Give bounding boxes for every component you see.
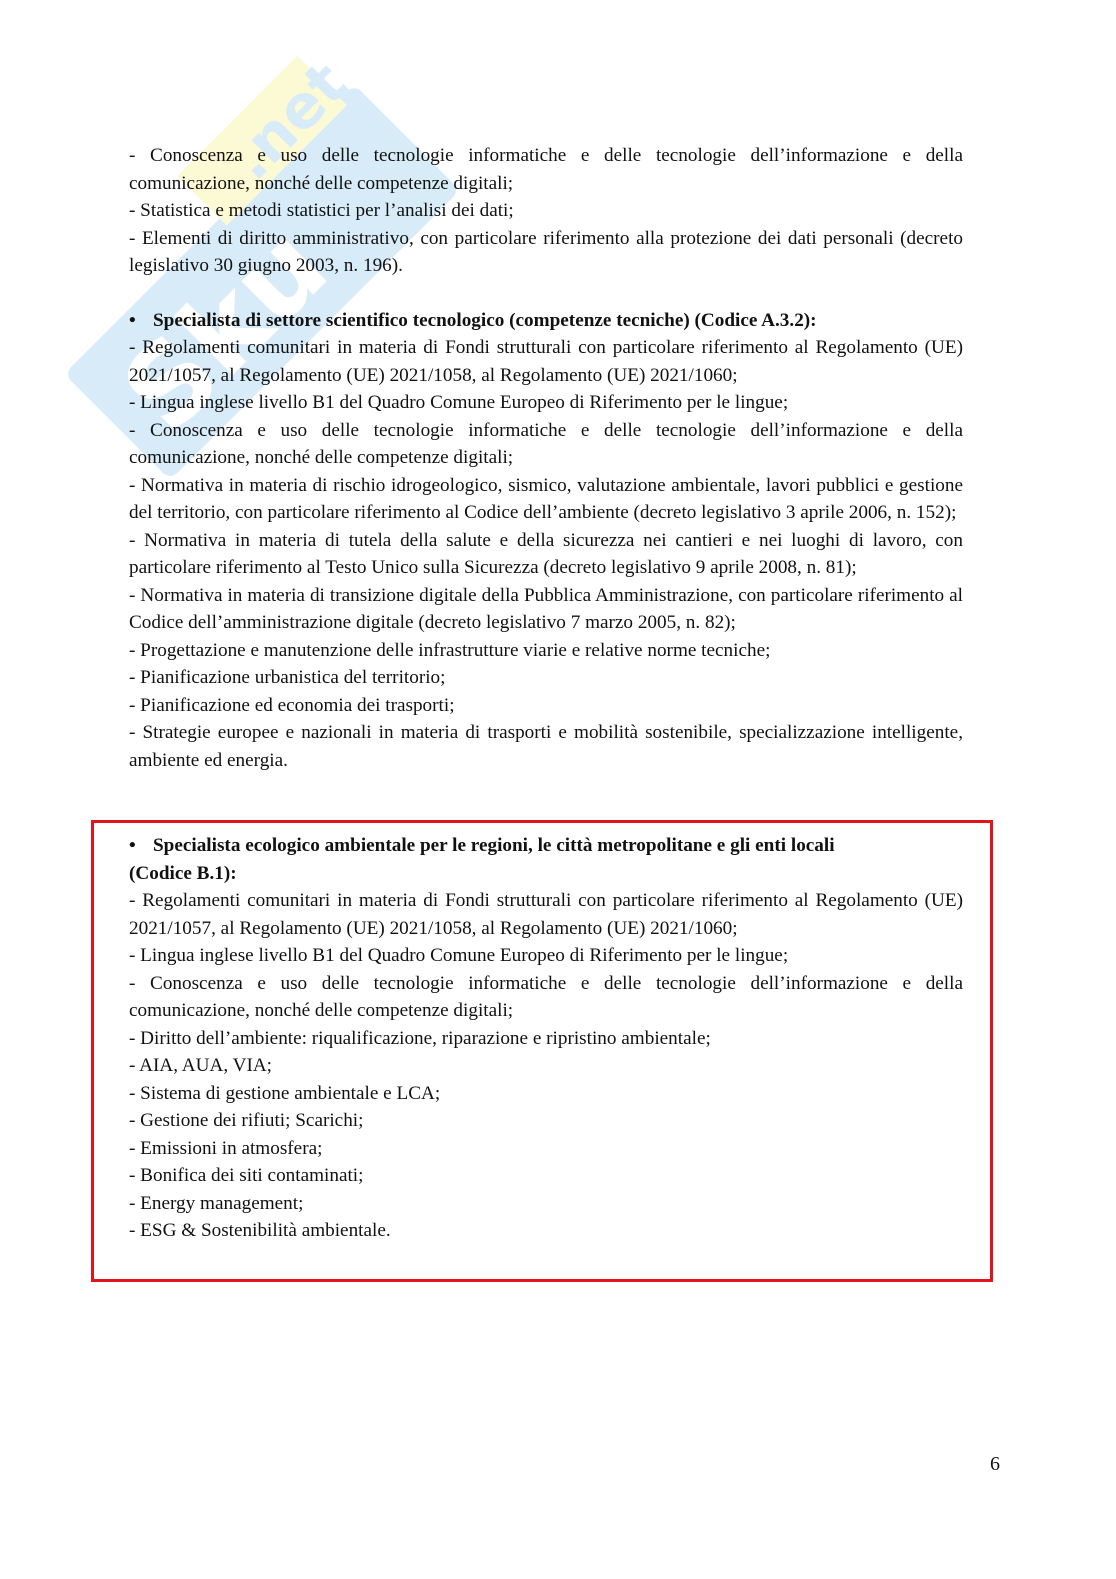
page-number: 6 [990, 1453, 1000, 1476]
list-item: - Diritto dell’ambiente: riqualificazion… [129, 1025, 963, 1053]
list-item: - Bonifica dei siti contaminati; [129, 1162, 963, 1190]
list-item: - Lingua inglese livello B1 del Quadro C… [129, 389, 963, 417]
bullet-icon: • [129, 832, 153, 860]
list-item: - Elementi di diritto amministrativo, co… [129, 225, 963, 280]
section-a31-tail: - Conoscenza e uso delle tecnologie info… [129, 142, 963, 280]
list-item: - Normativa in materia di transizione di… [129, 582, 963, 637]
list-item: - Statistica e metodi statistici per l’a… [129, 197, 963, 225]
bullet-icon: • [129, 307, 153, 335]
list-item: - Pianificazione urbanistica del territo… [129, 664, 963, 692]
section-b1-list: - Regolamenti comunitari in materia di F… [129, 887, 963, 1245]
list-item: - AIA, AUA, VIA; [129, 1052, 963, 1080]
section-a32-heading: •Specialista di settore scientifico tecn… [129, 307, 963, 335]
list-item: - Conoscenza e uso delle tecnologie info… [129, 142, 963, 197]
list-item: - Strategie europee e nazionali in mater… [129, 719, 963, 774]
list-item: - Gestione dei rifiuti; Scarichi; [129, 1107, 963, 1135]
list-item: - Regolamenti comunitari in materia di F… [129, 887, 963, 942]
section-b1: •Specialista ecologico ambientale per le… [129, 832, 963, 1245]
list-item: - Conoscenza e uso delle tecnologie info… [129, 417, 963, 472]
list-item: - Pianificazione ed economia dei traspor… [129, 692, 963, 720]
document-body: - Conoscenza e uso delle tecnologie info… [129, 142, 963, 774]
section-b1-code: (Codice B.1): [129, 860, 963, 888]
list-item: - Sistema di gestione ambientale e LCA; [129, 1080, 963, 1108]
list-item: - Progettazione e manutenzione delle inf… [129, 637, 963, 665]
list-item: - Regolamenti comunitari in materia di F… [129, 334, 963, 389]
list-item: - Lingua inglese livello B1 del Quadro C… [129, 942, 963, 970]
list-item: - Conoscenza e uso delle tecnologie info… [129, 970, 963, 1025]
list-item: - ESG & Sostenibilità ambientale. [129, 1217, 963, 1245]
section-b1-heading: •Specialista ecologico ambientale per le… [129, 832, 963, 860]
section-a32-list: - Regolamenti comunitari in materia di F… [129, 334, 963, 774]
list-item: - Emissioni in atmosfera; [129, 1135, 963, 1163]
list-item: - Normativa in materia di rischio idroge… [129, 472, 963, 527]
list-item: - Energy management; [129, 1190, 963, 1218]
list-item: - Normativa in materia di tutela della s… [129, 527, 963, 582]
